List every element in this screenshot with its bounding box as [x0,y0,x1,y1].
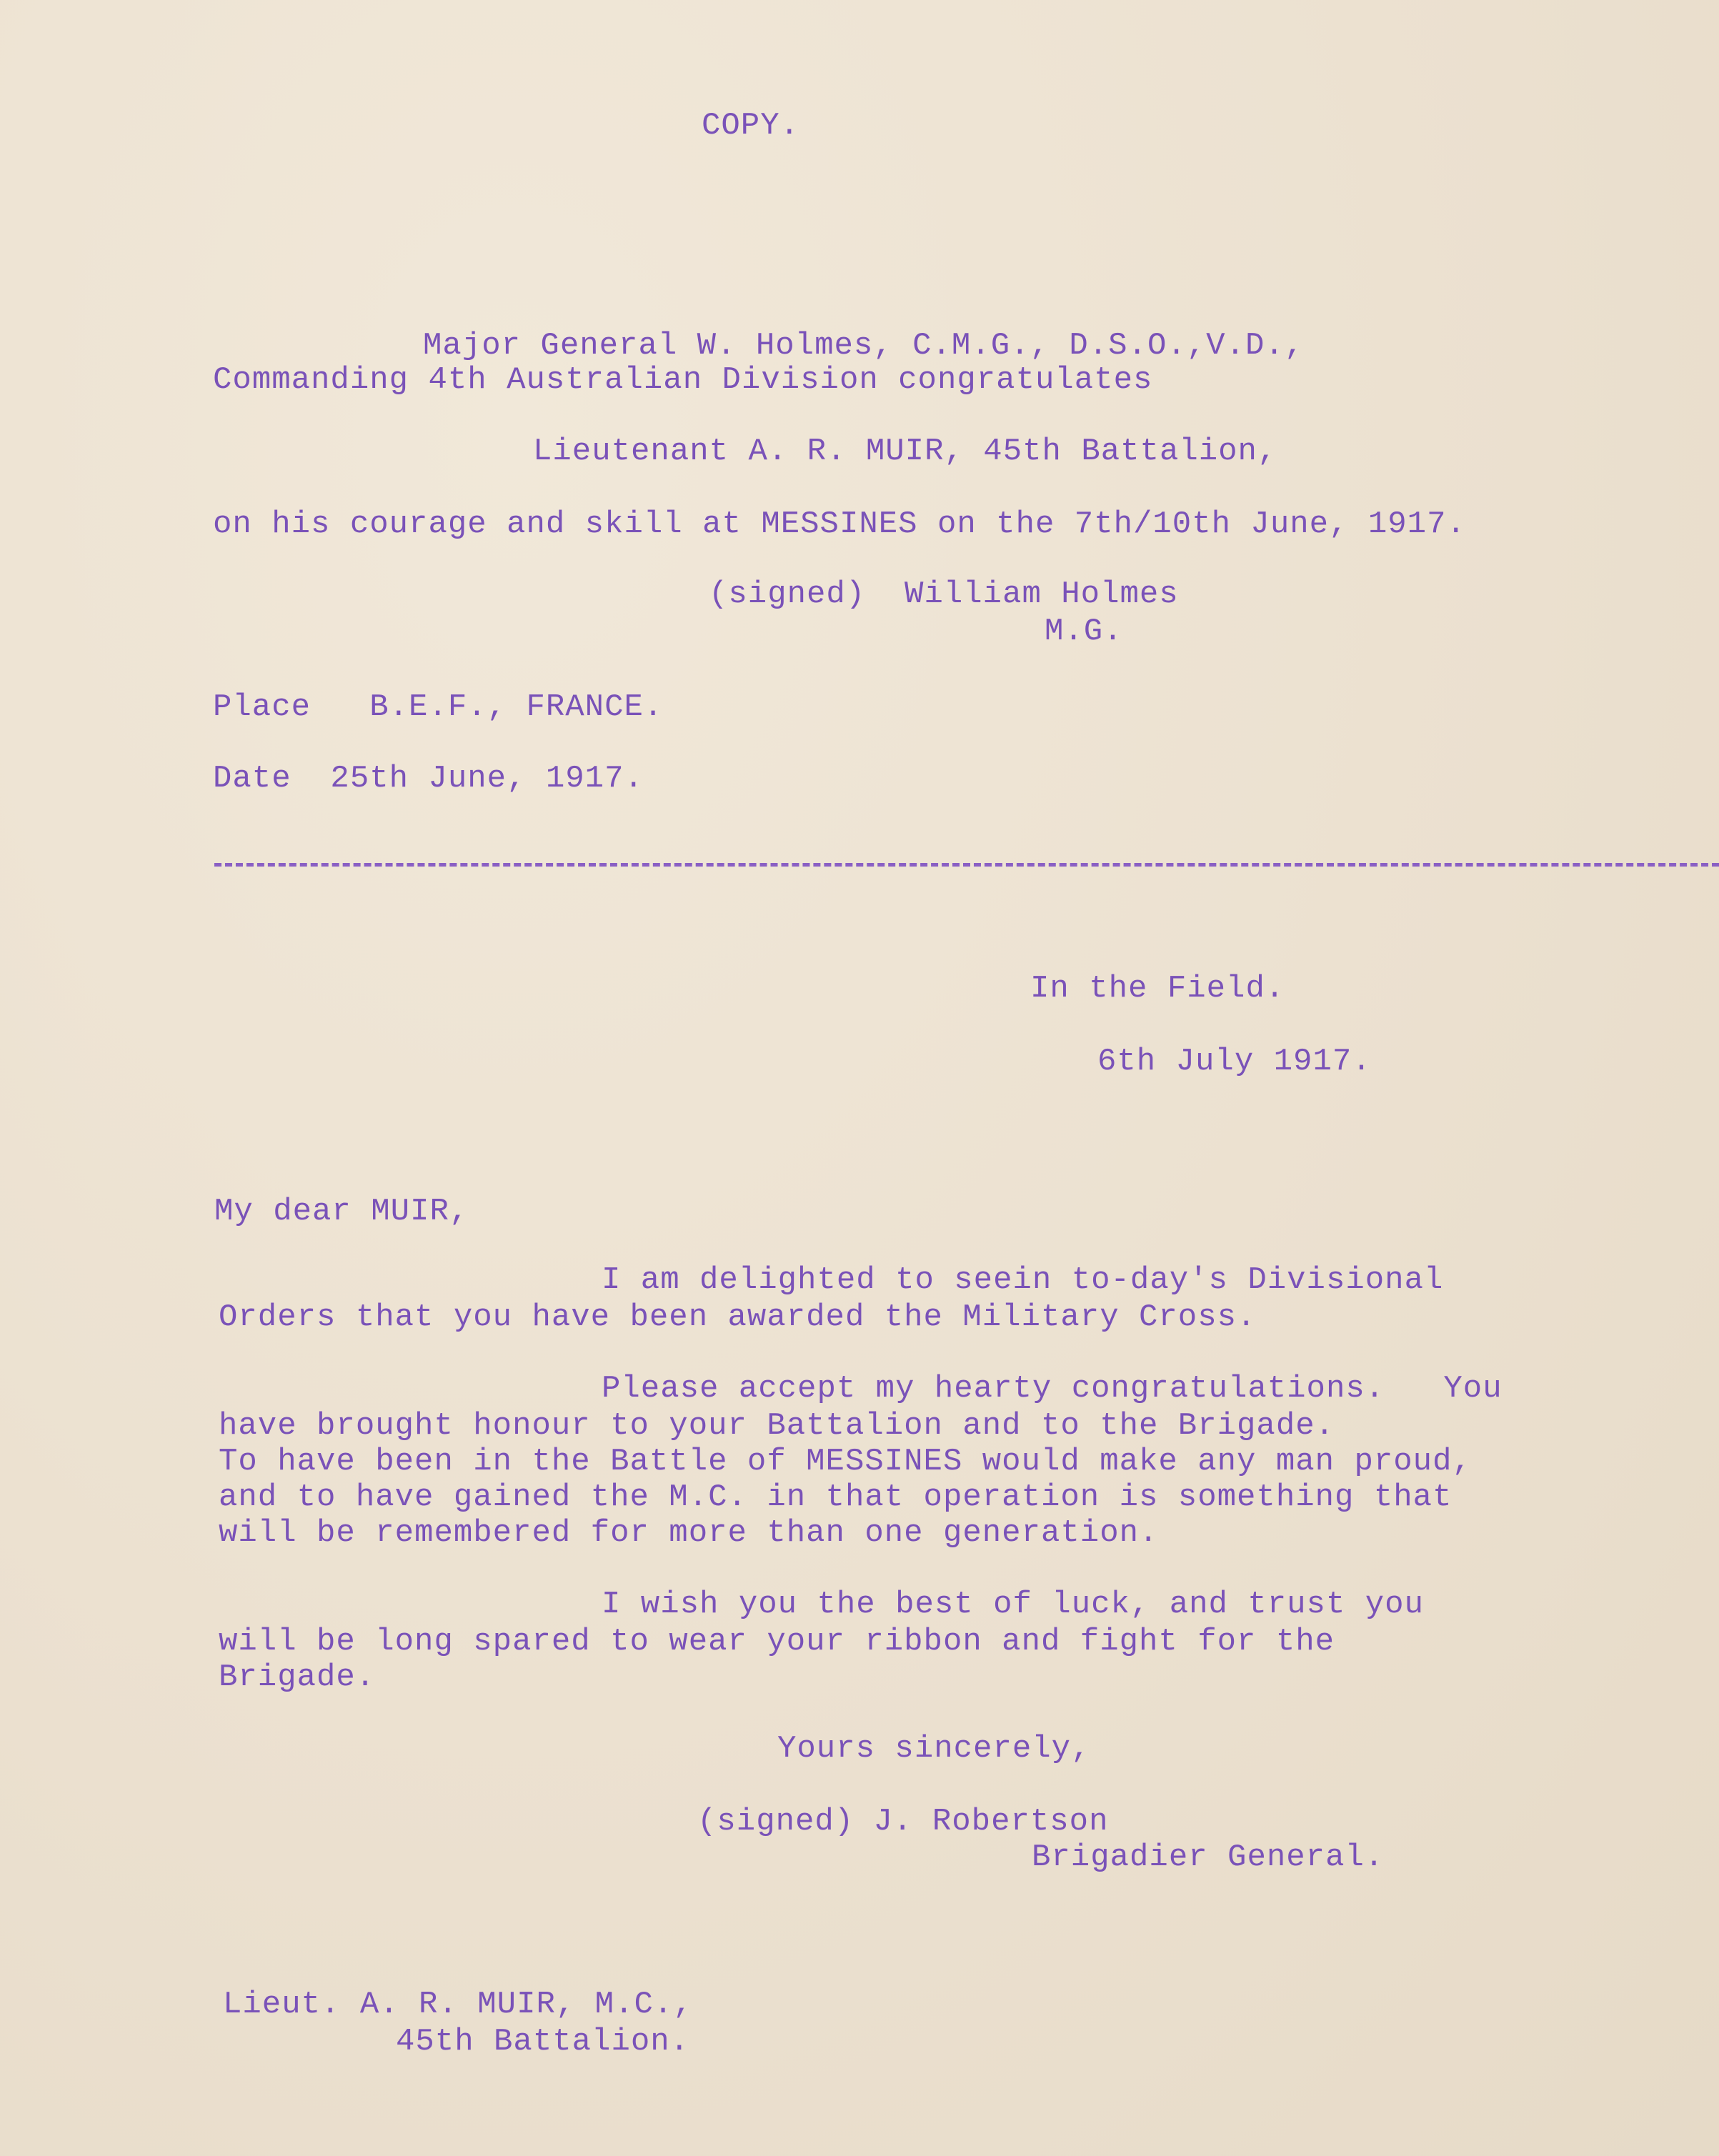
congrat-date: Date 25th June, 1917. [213,760,644,797]
letter-salutation: My dear MUIR, [214,1193,469,1230]
congrat-place: Place B.E.F., FRANCE. [213,689,663,726]
congrat-line-1: Major General W. Holmes, C.M.G., D.S.O.,… [423,327,1304,364]
p2-line-4: and to have gained the M.C. in that oper… [219,1479,1452,1516]
congrat-rank: M.G. [1045,613,1123,650]
p3-line-2: will be long spared to wear your ribbon … [219,1623,1335,1660]
p2-line-2: have brought honour to your Battalion an… [219,1407,1335,1444]
letter-rank: Brigadier General. [1032,1839,1384,1876]
congrat-line-3: Lieutenant A. R. MUIR, 45th Battalion, [533,433,1277,470]
p3-line-3: Brigade. [219,1659,375,1696]
congrat-signed: (signed) William Holmes [709,576,1179,613]
p1-line-1: I am delighted to seein to-day's Divisio… [602,1262,1443,1299]
letter-location: In the Field. [1030,970,1285,1007]
addressee-line-2: 45th Battalion. [396,2023,689,2060]
addressee-line-1: Lieut. A. R. MUIR, M.C., [223,1986,693,2023]
divider-rule [214,863,1719,867]
p2-line-1: Please accept my hearty congratulations.… [602,1370,1503,1407]
p2-line-5: will be remembered for more than one gen… [219,1514,1158,1552]
p2-line-3: To have been in the Battle of MESSINES w… [219,1443,1472,1480]
letter-date: 6th July 1917. [1097,1043,1372,1080]
p3-line-1: I wish you the best of luck, and trust y… [602,1586,1424,1623]
letter-signed: (signed) J. Robertson [697,1803,1109,1840]
congrat-line-4: on his courage and skill at MESSINES on … [213,506,1466,543]
congrat-line-2: Commanding 4th Australian Division congr… [213,361,1152,399]
letter-closing: Yours sincerely, [777,1730,1090,1767]
p1-line-2: Orders that you have been awarded the Mi… [219,1299,1256,1336]
copy-heading: COPY. [702,107,799,144]
